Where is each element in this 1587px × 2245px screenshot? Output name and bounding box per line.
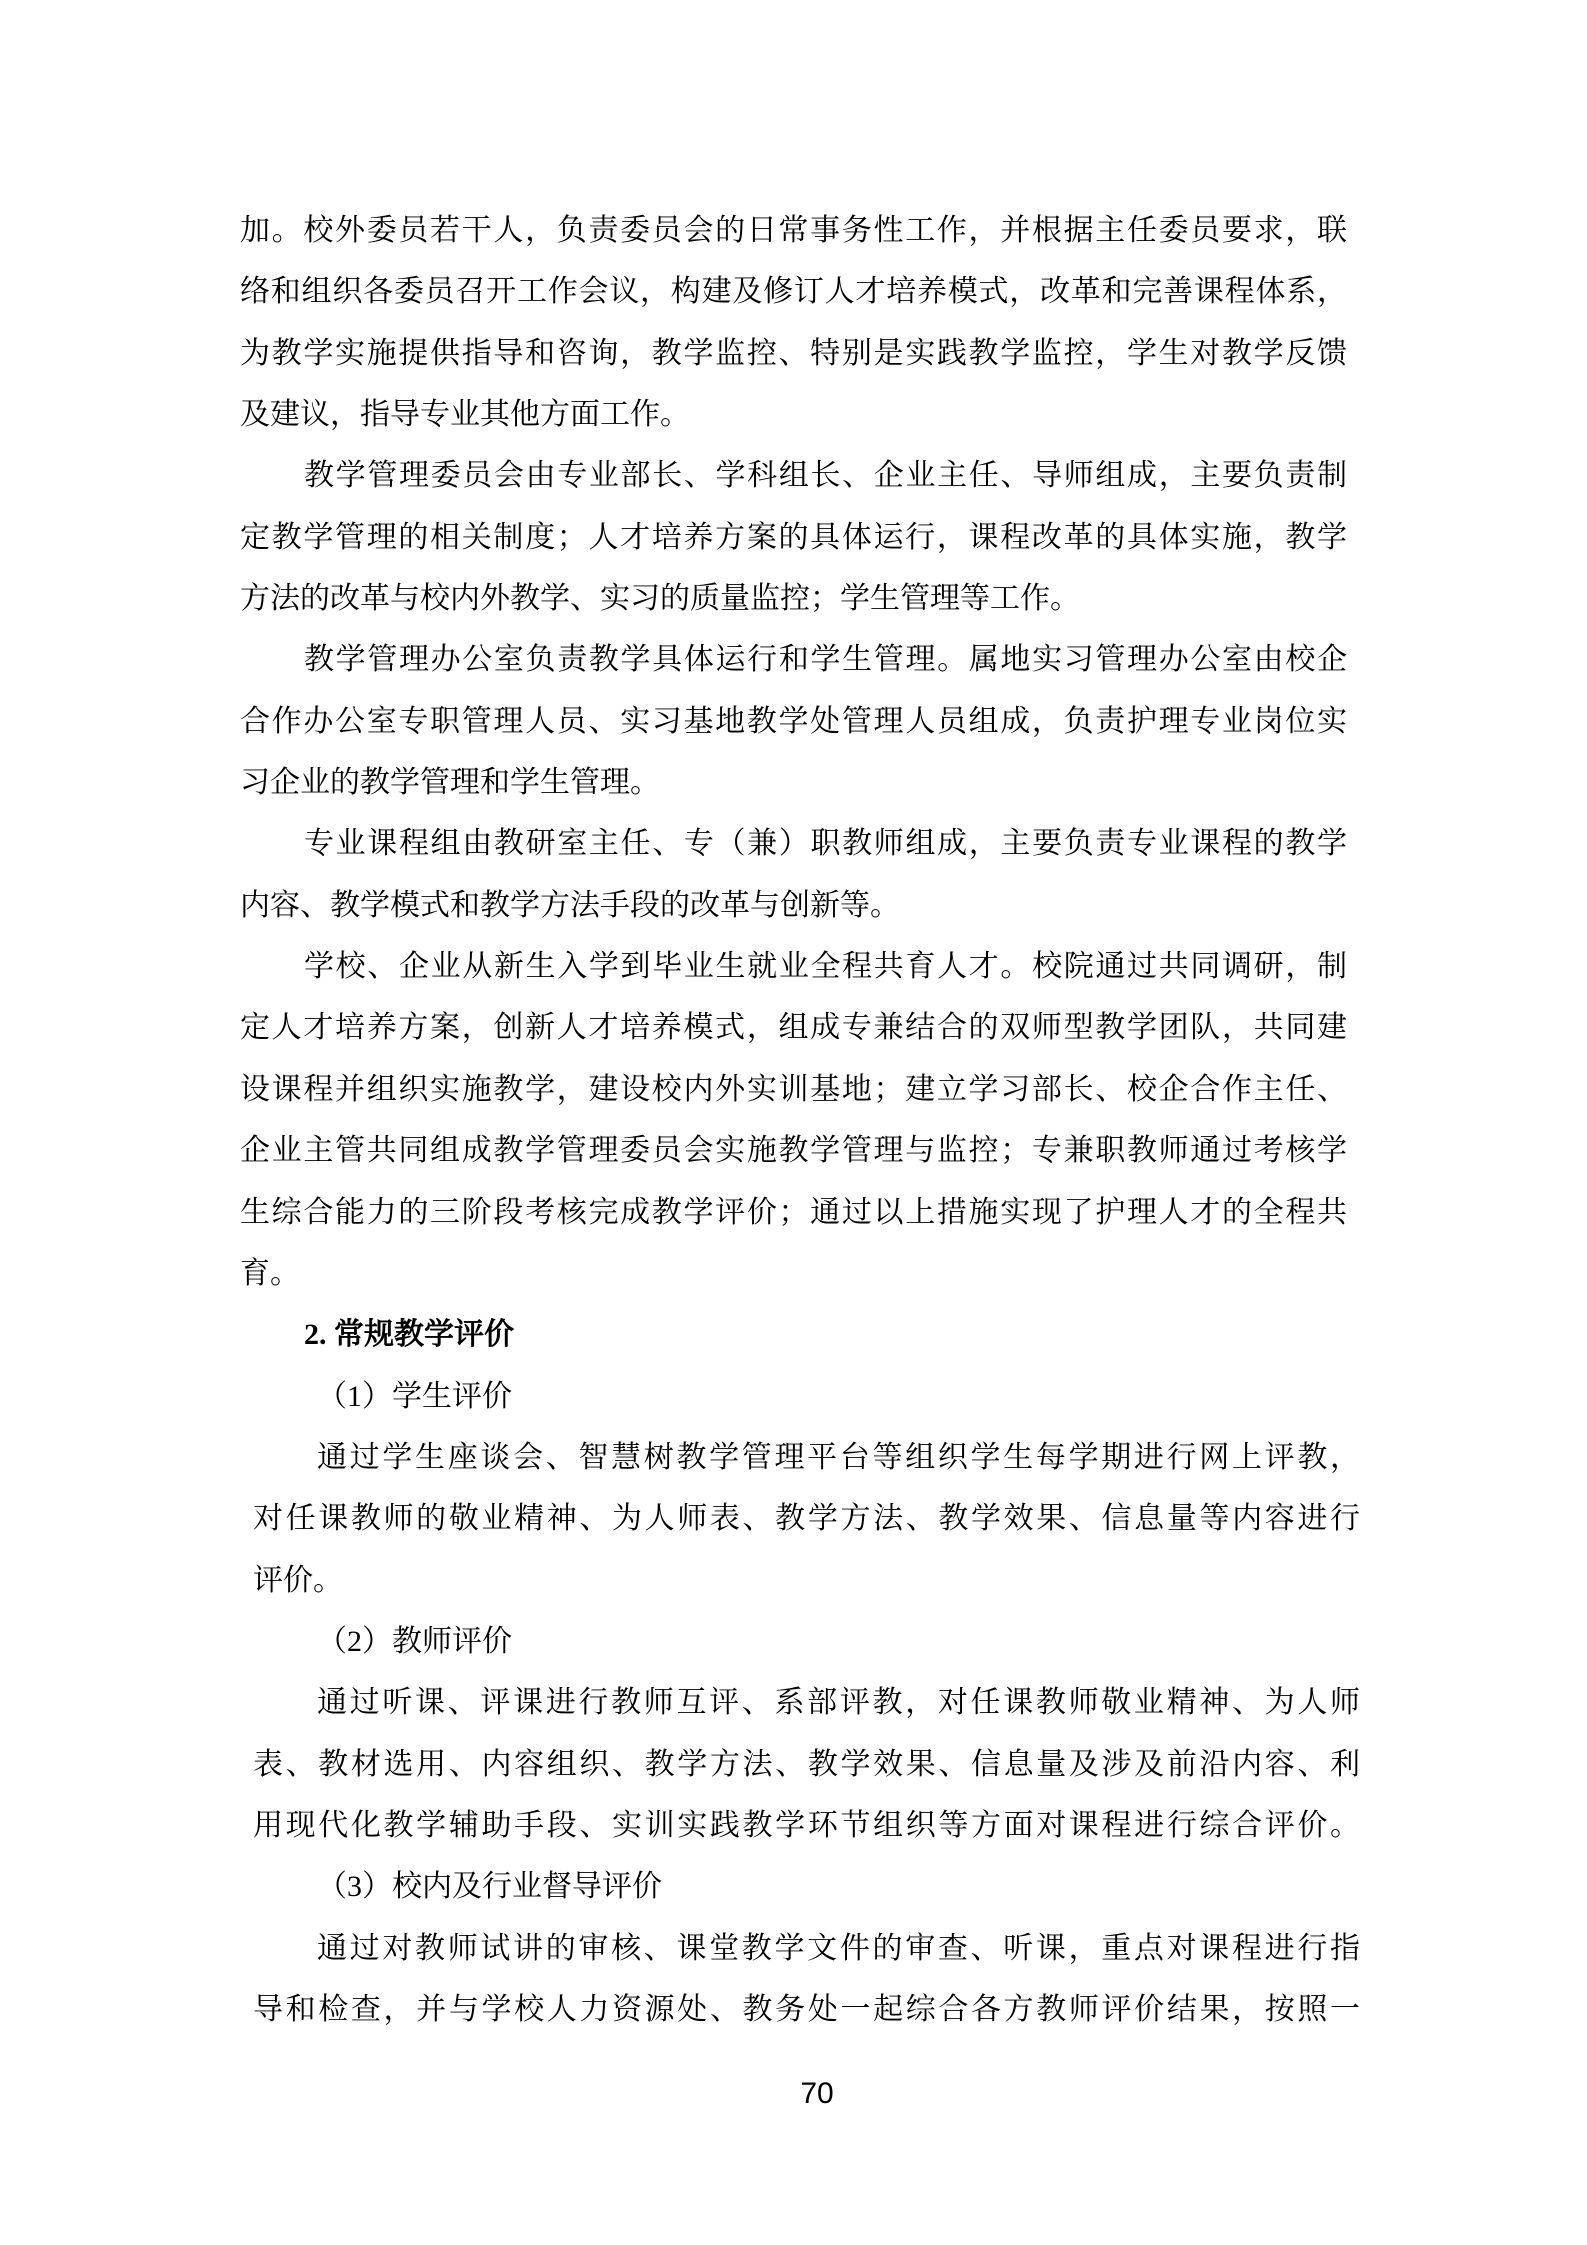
text-line: 用现代化教学辅助手段、实训实践教学环节组织等方面对课程进行综合评价。 [253,1795,1360,1856]
text-line: 育。 [240,1243,1347,1304]
text-line: 加。校外委员若干人，负责委员会的日常事务性工作，并根据主任委员要求，联 [240,200,1347,261]
label-student-evaluation: （1）学生评价 [0,1366,1360,1427]
paragraph-committee-duties: 加。校外委员若干人，负责委员会的日常事务性工作，并根据主任委员要求，联络和组织各… [0,200,1360,445]
paragraph-course-group: 专业课程组由教研室主任、专（兼）职教师组成，主要负责专业课程的教学内容、教学模式… [0,813,1360,936]
paragraph-teaching-management-office: 教学管理办公室负责教学具体运行和学生管理。属地实习管理办公室由校企合作办公室专职… [0,629,1360,813]
paragraph-supervisor-evaluation: 通过对教师试讲的审核、课堂教学文件的审查、听课，重点对课程进行指导和检查，并与学… [0,1918,1360,2041]
text-line: 生综合能力的三阶段考核完成教学评价；通过以上措施实现了护理人才的全程共 [240,1182,1347,1243]
text-line: （1）学生评价 [253,1366,1360,1427]
text-line: 内容、教学模式和教学方法手段的改革与创新等。 [240,875,1347,936]
paragraph-student-evaluation: 通过学生座谈会、智慧树教学管理平台等组织学生每学期进行网上评教，对任课教师的敬业… [0,1427,1360,1611]
document-page: 加。校外委员若干人，负责委员会的日常事务性工作，并根据主任委员要求，联络和组织各… [0,0,1587,2245]
text-line: 教学管理办公室负责教学具体运行和学生管理。属地实习管理办公室由校企 [240,629,1347,690]
text-line: 学校、企业从新生入学到毕业生就业全程共育人才。校院通过共同调研，制 [240,936,1347,997]
text-line: 教学管理委员会由专业部长、学科组长、企业主任、导师组成，主要负责制 [240,445,1347,506]
label-supervisor-evaluation: （3）校内及行业督导评价 [0,1856,1360,1917]
text-line: 对任课教师的敬业精神、为人师表、教学方法、教学效果、信息量等内容进行 [253,1488,1360,1549]
text-line: （2）教师评价 [253,1611,1360,1672]
text-line: 为教学实施提供指导和咨询，教学监控、特别是实践教学监控，学生对教学反馈 [240,323,1347,384]
paragraph-teacher-evaluation: 通过听课、评课进行教师互评、系部评教，对任课教师敬业精神、为人师表、教材选用、内… [0,1672,1360,1856]
text-line: 合作办公室专职管理人员、实习基地教学处管理人员组成，负责护理专业岗位实 [240,691,1347,752]
section-heading-line: 2. 常规教学评价 [240,1304,1347,1365]
text-line: 专业课程组由教研室主任、专（兼）职教师组成，主要负责专业课程的教学 [240,813,1347,874]
text-line: 通过听课、评课进行教师互评、系部评教，对任课教师敬业精神、为人师 [253,1672,1360,1733]
text-line: 络和组织各委员召开工作会议，构建及修订人才培养模式，改革和完善课程体系， [240,261,1347,322]
paragraph-school-enterprise-cooperation: 学校、企业从新生入学到毕业生就业全程共育人才。校院通过共同调研，制定人才培养方案… [0,936,1360,1304]
page-number: 70 [752,2074,882,2114]
text-line: 评价。 [253,1550,1360,1611]
text-line: 方法的改革与校内外教学、实习的质量监控；学生管理等工作。 [240,568,1347,629]
text-line: 企业主管共同组成教学管理委员会实施教学管理与监控；专兼职教师通过考核学 [240,1120,1347,1181]
text-line: 及建议，指导专业其他方面工作。 [240,384,1347,445]
text-line: （3）校内及行业督导评价 [253,1856,1360,1917]
text-line: 通过学生座谈会、智慧树教学管理平台等组织学生每学期进行网上评教， [253,1427,1360,1488]
text-line: 表、教材选用、内容组织、教学方法、教学效果、信息量及涉及前沿内容、利 [253,1734,1360,1795]
text-line: 导和检查，并与学校人力资源处、教务处一起综合各方教师评价结果，按照一 [253,1979,1360,2040]
heading-regular-teaching-evaluation: 2. 常规教学评价 [0,1304,1360,1365]
label-teacher-evaluation: （2）教师评价 [0,1611,1360,1672]
text-line: 通过对教师试讲的审核、课堂教学文件的审查、听课，重点对课程进行指 [253,1918,1360,1979]
paragraph-teaching-management-committee: 教学管理委员会由专业部长、学科组长、企业主任、导师组成，主要负责制定教学管理的相… [0,445,1360,629]
text-line: 定人才培养方案，创新人才培养模式，组成专兼结合的双师型教学团队，共同建 [240,997,1347,1058]
text-line: 设课程并组织实施教学，建设校内外实训基地；建立学习部长、校企合作主任、 [240,1059,1347,1120]
text-flow: 加。校外委员若干人，负责委员会的日常事务性工作，并根据主任委员要求，联络和组织各… [0,200,1360,2040]
text-line: 习企业的教学管理和学生管理。 [240,752,1347,813]
text-line: 定教学管理的相关制度；人才培养方案的具体运行，课程改革的具体实施，教学 [240,507,1347,568]
